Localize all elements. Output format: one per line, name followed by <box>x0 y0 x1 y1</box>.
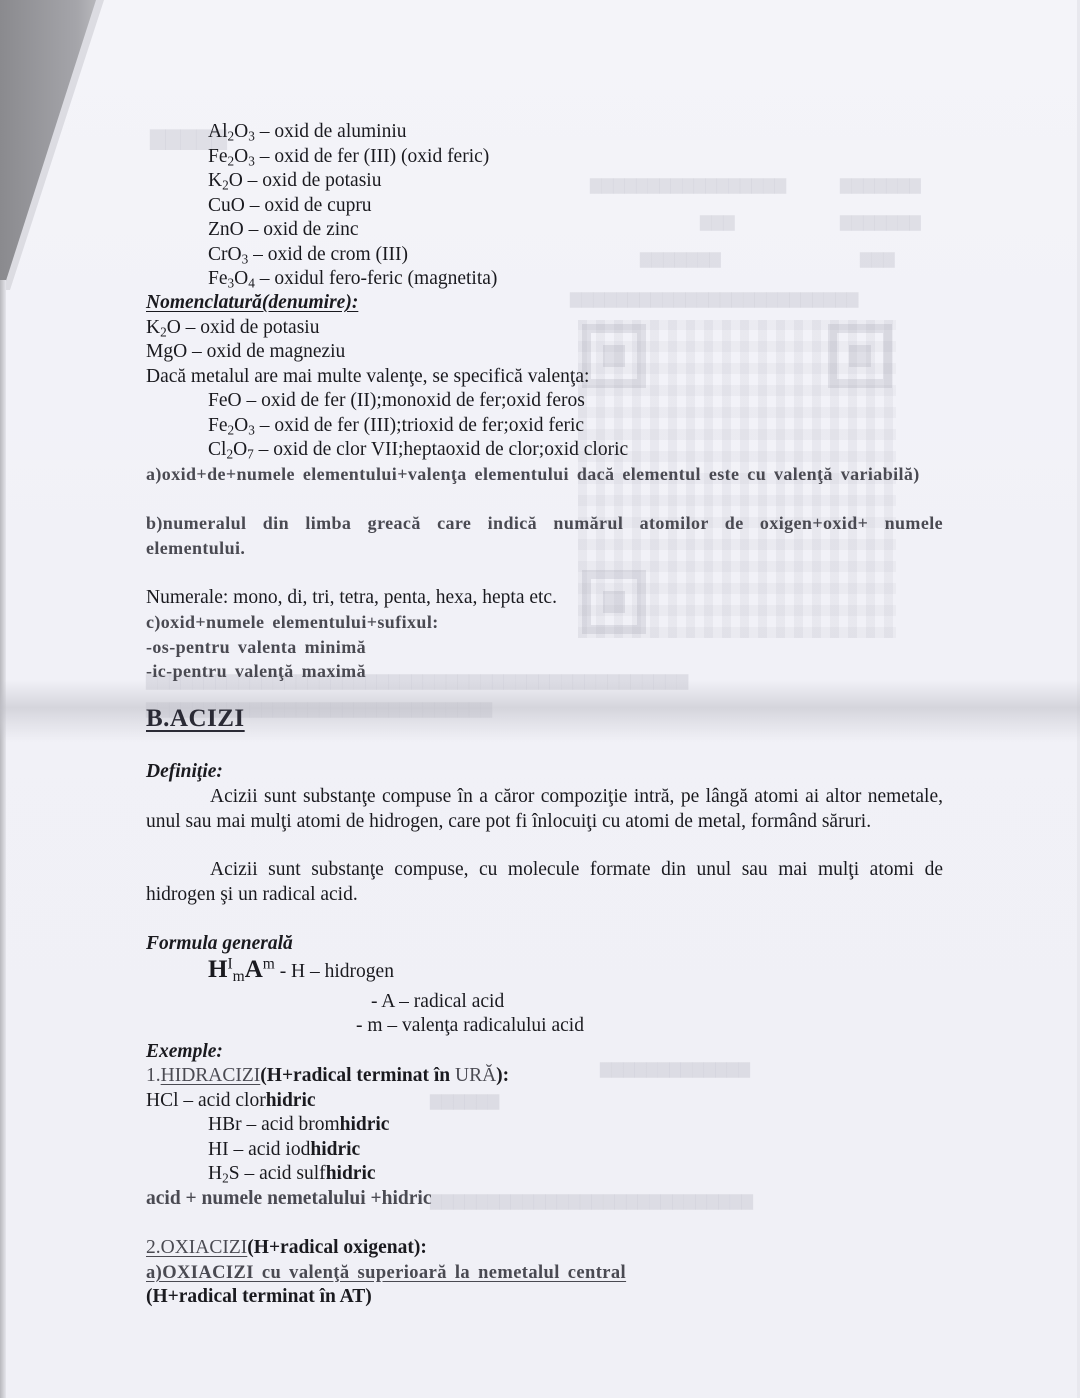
oxide-example: Fe2O3 – oxid de fer (III) (oxid feric) <box>208 145 489 169</box>
oxide-example: CuO – oxid de cupru <box>208 194 372 218</box>
subscript: 2 <box>228 153 235 168</box>
hydracid-item: HBr – acid bromhidric <box>208 1113 389 1137</box>
subscript: 2 <box>160 324 167 339</box>
suffix-ic: -ic-pentru valenţă maximă <box>146 659 366 683</box>
show-through-text: ▇▇▇▇▇▇▇ <box>640 250 721 268</box>
naming-rule-b: b)numeralul din limba greacă care indică… <box>146 511 943 560</box>
naming-rule-c: c)oxid+numele elementului+sufixul: <box>146 610 439 634</box>
hidric-suffix: hidric <box>340 1114 390 1135</box>
formula-legend-a: - A – radical acid <box>371 990 504 1014</box>
hidric-suffix: hidric <box>266 1090 316 1111</box>
hydracids-desc: (H+radical terminat în <box>260 1065 455 1086</box>
variable-valence-intro: Dacă metalul are mai multe valenţe, se s… <box>146 365 589 389</box>
oxyacids-title: 2.OXIACIZI <box>146 1237 247 1258</box>
formula-a-valence: m <box>263 955 275 972</box>
subscript: 3 <box>228 275 235 290</box>
naming-rule-a: a)oxid+de+numele elementului+valenţa ele… <box>146 462 943 487</box>
greek-numerals: Numerale: mono, di, tri, tetra, penta, h… <box>146 586 557 610</box>
formula-legend-h: - H – hidrogen <box>280 961 394 982</box>
show-through-text: ▇▇▇▇▇▇▇▇▇▇▇▇▇▇▇▇▇▇▇▇▇▇▇▇▇▇▇▇ <box>430 1192 753 1210</box>
formula-a: A <box>245 956 263 983</box>
variable-valence-example: Fe2O3 – oxid de fer (III);trioxid de fer… <box>208 414 584 438</box>
definition-heading: Definiţie: <box>146 760 223 784</box>
subscript: 2 <box>222 1170 229 1185</box>
general-formula: HImAm - H – hidrogen <box>208 958 394 984</box>
hidric-suffix: hidric <box>326 1163 376 1184</box>
subscript: 4 <box>248 275 255 290</box>
formula-h-index: m <box>233 968 245 985</box>
oxyacids-heading: 2.OXIACIZI(H+radical oxigenat): <box>146 1236 427 1260</box>
subscript: 3 <box>248 153 255 168</box>
oxide-example: Al2O3 – oxid de aluminiu <box>208 120 407 144</box>
scanned-page: ▇▇▇▇▇ ▇▇▇▇▇▇▇ ▇▇▇▇▇▇▇▇▇▇▇▇▇▇▇▇▇ ▇▇▇▇▇▇▇ … <box>0 0 1080 1398</box>
subscript: 2 <box>228 422 235 437</box>
page-left-shadow <box>0 280 6 1398</box>
show-through-text: ▇▇▇▇▇▇▇ <box>840 213 921 231</box>
oxyacids-subsection-a: a)OXIACIZI cu valenţă superioară la neme… <box>146 1261 626 1285</box>
oxide-example: CrO3 – oxid de crom (III) <box>208 243 408 267</box>
hydracid-item: HI – acid iodhidric <box>208 1138 360 1162</box>
show-through-text: ▇▇▇▇▇▇▇▇▇▇▇▇▇ <box>600 1060 750 1078</box>
oxyacids-desc: (H+radical oxigenat): <box>247 1237 427 1258</box>
oxide-example: ZnO – oxid de zinc <box>208 218 359 242</box>
subscript: 2 <box>228 128 235 143</box>
subscript: 3 <box>242 251 249 266</box>
section-title-acids: B.ACIZI <box>146 704 245 734</box>
hydracid-item: H2S – acid sulfhidric <box>208 1162 376 1186</box>
examples-heading: Exemple: <box>146 1040 223 1064</box>
subscript: 7 <box>247 446 254 461</box>
hydracids-rule: acid + numele nemetalului +hidric <box>146 1187 431 1211</box>
nomenclature-heading: Nomenclatură(denumire): <box>146 291 358 315</box>
subscript: 3 <box>248 128 255 143</box>
show-through-text: ▇▇▇▇▇▇▇▇▇▇▇▇▇▇▇▇▇ <box>590 176 786 194</box>
show-through-text: ▇▇▇▇▇▇ <box>430 1092 499 1110</box>
oxide-example: Fe3O4 – oxidul fero-feric (magnetita) <box>208 267 497 291</box>
suffix-os: -os-pentru valenta minimă <box>146 635 366 659</box>
hydracids-title: HIDRACIZI <box>161 1065 261 1086</box>
definition-paragraph-2: Acizii sunt substanţe compuse, cu molecu… <box>146 858 943 907</box>
show-through-text: ▇▇▇ <box>860 250 895 268</box>
variable-valence-example: FeO – oxid de fer (II);monoxid de fer;ox… <box>208 389 585 413</box>
hidric-suffix: hidric <box>310 1139 360 1160</box>
oxide-example: K2O – oxid de potasiu <box>208 169 381 193</box>
show-through-text: ▇▇▇▇▇▇▇▇▇▇▇▇▇▇▇▇▇▇▇▇▇▇▇▇▇ <box>570 290 858 308</box>
subscript: 2 <box>222 177 229 192</box>
definition-paragraph-1: Acizii sunt substanţe compuse în a căror… <box>146 785 943 834</box>
formula-heading: Formula generală <box>146 932 293 956</box>
formula-expression: HImAm <box>208 956 275 983</box>
hydracids-number: 1. <box>146 1065 161 1086</box>
show-through-text: ▇▇▇ <box>700 213 735 231</box>
subscript: 2 <box>226 446 233 461</box>
formula-legend-m: - m – valenţa radicalului acid <box>356 1014 584 1038</box>
nomenclature-example: MgO – oxid de magneziu <box>146 340 345 364</box>
subscript: 3 <box>248 422 255 437</box>
hydracids-desc-end: ): <box>496 1065 509 1086</box>
variable-valence-example: Cl2O7 – oxid de clor VII;heptaoxid de cl… <box>208 438 628 462</box>
hydracids-heading: 1.HIDRACIZI(H+radical terminat în URĂ): <box>146 1064 509 1088</box>
formula-h: H <box>208 956 227 983</box>
hydracid-item: HCl – acid clorhidric <box>146 1089 316 1113</box>
oxyacids-subsection-a-desc: (H+radical terminat în AT) <box>146 1285 372 1309</box>
show-through-text: ▇▇▇▇▇▇▇ <box>840 176 921 194</box>
nomenclature-example: K2O – oxid de potasiu <box>146 316 319 340</box>
hydracids-suffix-ura: URĂ <box>455 1065 496 1086</box>
